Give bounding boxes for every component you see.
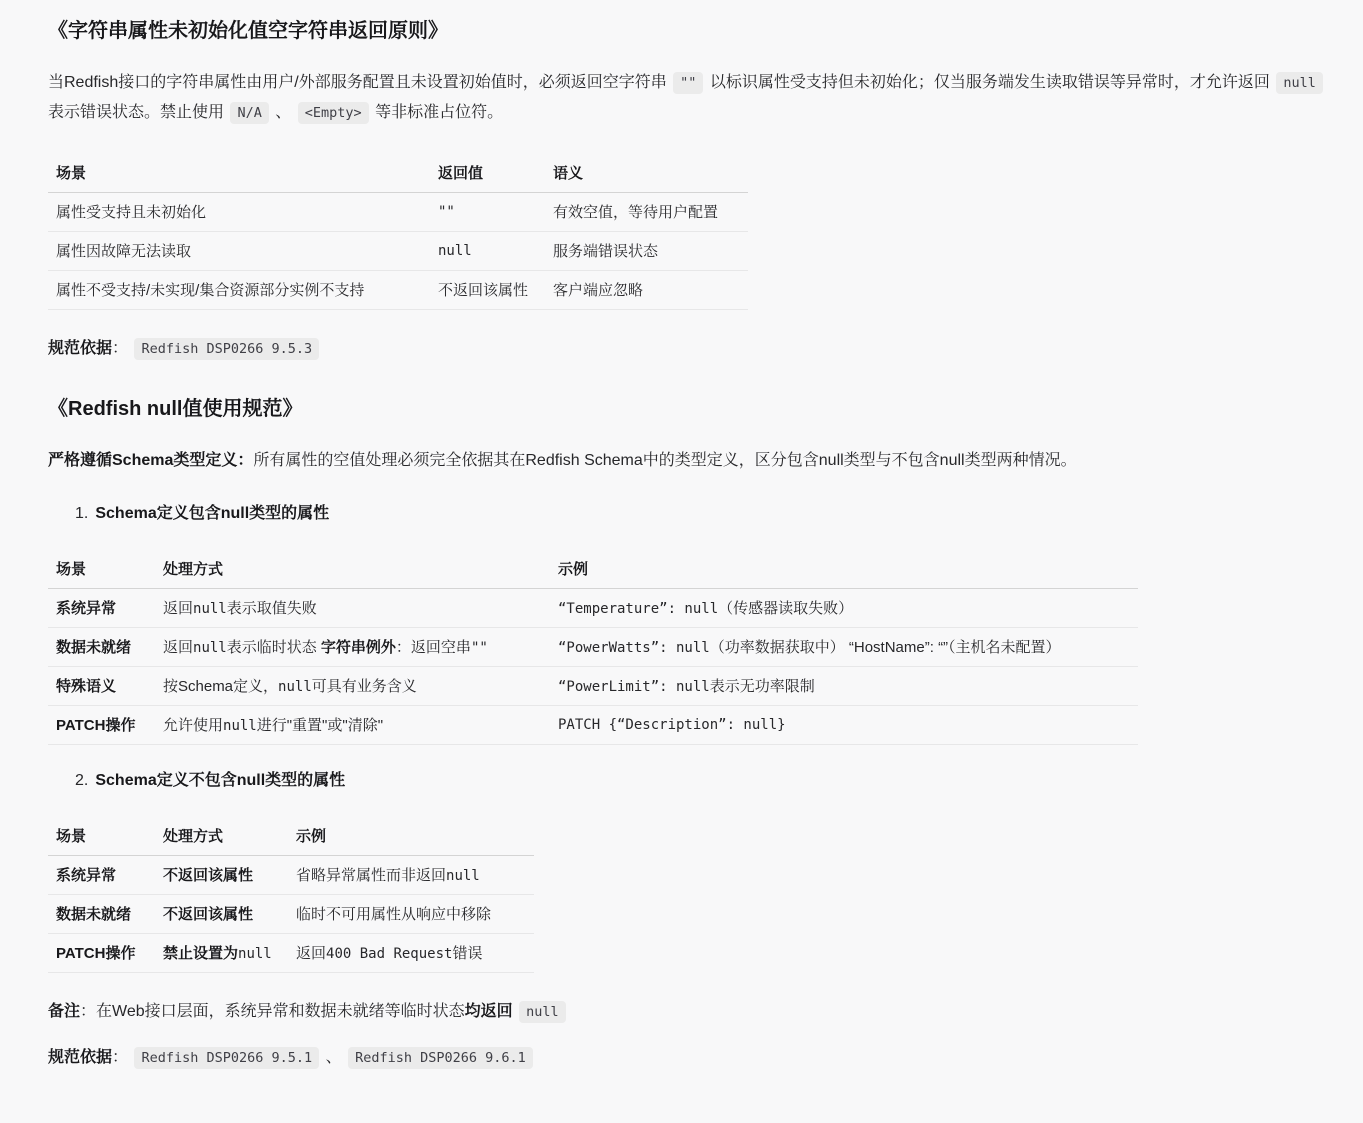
table-cell: 不返回该属性: [430, 271, 545, 310]
table-row: PATCH操作禁止设置为null返回400 Bad Request错误: [48, 934, 534, 973]
bold-text: 系统异常: [56, 867, 116, 884]
code-chip: Redfish DSP0266 9.6.1: [348, 1047, 533, 1069]
table-header-row: 场景处理方式示例: [48, 550, 1138, 589]
table-row: 系统异常不返回该属性省略异常属性而非返回null: [48, 856, 534, 895]
table-cell: 属性不受支持/未实现/集合资源部分实例不支持: [48, 271, 430, 310]
table-cell: 省略异常属性而非返回null: [288, 856, 534, 895]
text-run: 可具有业务含义: [312, 678, 417, 695]
bold-text: 数据未就绪: [56, 906, 131, 923]
table-cell: 有效空值，等待用户配置: [545, 193, 748, 232]
table-row: 特殊语义按Schema定义，null可具有业务含义“PowerLimit”: n…: [48, 667, 1138, 706]
note-line: 备注：在Web接口层面，系统异常和数据未就绪等临时状态均返回 null: [48, 997, 1339, 1027]
list-label: Schema定义包含null类型的属性: [95, 505, 329, 522]
code-text: null: [278, 679, 312, 695]
text-run: ：: [112, 1049, 132, 1066]
column-header: 示例: [288, 817, 534, 856]
table-cell: 按Schema定义，null可具有业务含义: [155, 667, 550, 706]
text-run: （传感器读取失败）: [718, 600, 853, 617]
table-row: PATCH操作允许使用null进行"重置"或"清除"PATCH {“Descri…: [48, 706, 1138, 745]
text-run: 属性不受支持/未实现/集合资源部分实例不支持: [56, 282, 364, 299]
null-not-allowed-table: 场景处理方式示例系统异常不返回该属性省略异常属性而非返回null数据未就绪不返回…: [48, 817, 534, 973]
doc1-basis-line: 规范依据： Redfish DSP0266 9.5.3: [48, 334, 1339, 364]
table-cell: 返回400 Bad Request错误: [288, 934, 534, 973]
table-row: 属性受支持且未初始化""有效空值，等待用户配置: [48, 193, 748, 232]
text-run: （功率数据获取中） “HostName”: “”（主机名未配置）: [710, 639, 1061, 656]
code-text: null: [223, 718, 257, 734]
table-cell: PATCH {“Description”: null}: [550, 706, 1138, 745]
string-uninitialized-table: 场景返回值语义属性受支持且未初始化""有效空值，等待用户配置属性因故障无法读取n…: [48, 154, 748, 310]
text-run: 省略异常属性而非返回: [296, 867, 446, 884]
bold-text: 规范依据: [48, 1049, 112, 1066]
text-run: 、: [271, 104, 296, 121]
code-chip: <Empty>: [298, 102, 369, 124]
text-run: 客户端应忽略: [553, 282, 643, 299]
bold-text: 特殊语义: [56, 678, 116, 695]
table-cell: 不返回该属性: [155, 895, 288, 934]
table-cell: 特殊语义: [48, 667, 155, 706]
table-row: 属性因故障无法读取null服务端错误状态: [48, 232, 748, 271]
table-row: 属性不受支持/未实现/集合资源部分实例不支持不返回该属性客户端应忽略: [48, 271, 748, 310]
doc1-title: 《字符串属性未初始化值空字符串返回原则》: [48, 16, 1339, 46]
bold-text: 系统异常: [56, 600, 116, 617]
table-cell: null: [430, 232, 545, 271]
text-run: 允许使用: [163, 717, 223, 734]
doc2-intro-paragraph: 严格遵循Schema类型定义：所有属性的空值处理必须完全依据其在Redfish …: [48, 446, 1339, 476]
table-header-row: 场景返回值语义: [48, 154, 748, 193]
code-chip: N/A: [230, 102, 268, 124]
text-run: 属性受支持且未初始化: [56, 204, 206, 221]
bold-text: 字符串例外: [321, 639, 396, 656]
text-run: ：在Web接口层面，系统异常和数据未就绪等临时状态: [80, 1003, 465, 1020]
text-run: 等非标准占位符。: [371, 104, 503, 121]
code-chip: null: [1276, 72, 1323, 94]
list-item-null-not-allowed: 2.Schema定义不包含null类型的属性: [48, 769, 1339, 793]
table-cell: 系统异常: [48, 856, 155, 895]
code-chip: null: [519, 1001, 566, 1023]
text-run: 有效空值，等待用户配置: [553, 204, 718, 221]
bold-text: 严格遵循Schema类型定义：: [48, 452, 253, 469]
text-run: 属性因故障无法读取: [56, 243, 191, 260]
table-cell: 属性因故障无法读取: [48, 232, 430, 271]
text-run: 进行"重置"或"清除": [257, 717, 383, 734]
text-run: 所有属性的空值处理必须完全依据其在Redfish Schema中的类型定义，区分…: [253, 452, 1076, 469]
text-run: 按Schema定义，: [163, 678, 278, 695]
text-run: 表示临时状态: [227, 639, 321, 656]
column-header: 语义: [545, 154, 748, 193]
doc1-intro-paragraph: 当Redfish接口的字符串属性由用户/外部服务配置且未设置初始值时，必须返回空…: [48, 68, 1339, 128]
table-cell: 系统异常: [48, 589, 155, 628]
text-run: 表示无功率限制: [710, 678, 815, 695]
text-run: 服务端错误状态: [553, 243, 658, 260]
column-header: 场景: [48, 817, 155, 856]
text-run: 不返回该属性: [438, 282, 528, 299]
list-number: 2.: [75, 772, 88, 789]
text-run: 表示取值失败: [227, 600, 317, 617]
table-row: 系统异常返回null表示取值失败“Temperature”: null（传感器读…: [48, 589, 1138, 628]
code-text: “Temperature”: null: [558, 601, 718, 617]
table-cell: 客户端应忽略: [545, 271, 748, 310]
table-cell: "": [430, 193, 545, 232]
code-text: null: [446, 868, 480, 884]
text-run: 、: [321, 1049, 346, 1066]
bold-text: 不返回该属性: [163, 867, 253, 884]
table-cell: 数据未就绪: [48, 628, 155, 667]
text-run: 返回: [163, 600, 193, 617]
code-text: null: [238, 946, 272, 962]
code-chip: "": [673, 72, 703, 94]
table-cell: 服务端错误状态: [545, 232, 748, 271]
table-row: 数据未就绪返回null表示临时状态 字符串例外：返回空串""“PowerWatt…: [48, 628, 1138, 667]
table-cell: “PowerLimit”: null表示无功率限制: [550, 667, 1138, 706]
doc2-basis-line: 规范依据： Redfish DSP0266 9.5.1 、 Redfish DS…: [48, 1043, 1339, 1073]
code-text: "": [438, 204, 455, 220]
text-run: [513, 1003, 517, 1020]
text-run: 表示错误状态。禁止使用: [48, 104, 228, 121]
document: 《字符串属性未初始化值空字符串返回原则》 当Redfish接口的字符串属性由用户…: [0, 0, 1363, 1123]
column-header: 场景: [48, 550, 155, 589]
text-run: ：返回空串: [396, 639, 471, 656]
table-cell: “PowerWatts”: null（功率数据获取中） “HostName”: …: [550, 628, 1138, 667]
text-run: 以标识属性受支持但未初始化；仅当服务端发生读取错误等异常时，才允许返回: [705, 74, 1274, 91]
code-text: “PowerLimit”: null: [558, 679, 710, 695]
column-header: 处理方式: [155, 817, 288, 856]
bold-text: 不返回该属性: [163, 906, 253, 923]
text-run: 错误: [452, 945, 482, 962]
text-run: 返回: [296, 945, 326, 962]
bold-text: PATCH操作: [56, 945, 135, 962]
list-number: 1.: [75, 505, 88, 522]
table-cell: PATCH操作: [48, 934, 155, 973]
table-cell: 允许使用null进行"重置"或"清除": [155, 706, 550, 745]
bold-text: 均返回: [465, 1003, 513, 1020]
text-run: 返回: [163, 639, 193, 656]
code-text: "": [471, 640, 488, 656]
table-cell: 属性受支持且未初始化: [48, 193, 430, 232]
bold-text: 备注: [48, 1003, 80, 1020]
list-item-null-allowed: 1.Schema定义包含null类型的属性: [48, 502, 1339, 526]
text-run: 临时不可用属性从响应中移除: [296, 906, 491, 923]
table-row: 数据未就绪不返回该属性临时不可用属性从响应中移除: [48, 895, 534, 934]
table-cell: PATCH操作: [48, 706, 155, 745]
column-header: 示例: [550, 550, 1138, 589]
table-cell: “Temperature”: null（传感器读取失败）: [550, 589, 1138, 628]
table-cell: 不返回该属性: [155, 856, 288, 895]
text-run: 当Redfish接口的字符串属性由用户/外部服务配置且未设置初始值时，必须返回空…: [48, 74, 671, 91]
column-header: 返回值: [430, 154, 545, 193]
table-cell: 禁止设置为null: [155, 934, 288, 973]
table-cell: 临时不可用属性从响应中移除: [288, 895, 534, 934]
code-chip: Redfish DSP0266 9.5.3: [134, 338, 319, 360]
null-allowed-table: 场景处理方式示例系统异常返回null表示取值失败“Temperature”: n…: [48, 550, 1138, 745]
code-text: null: [438, 243, 472, 259]
table-cell: 返回null表示临时状态 字符串例外：返回空串"": [155, 628, 550, 667]
list-label: Schema定义不包含null类型的属性: [95, 772, 345, 789]
table-cell: 返回null表示取值失败: [155, 589, 550, 628]
table-cell: 数据未就绪: [48, 895, 155, 934]
code-chip: Redfish DSP0266 9.5.1: [134, 1047, 319, 1069]
code-text: 400 Bad Request: [326, 946, 452, 962]
code-text: “PowerWatts”: null: [558, 640, 710, 656]
bold-text: 规范依据: [48, 340, 112, 357]
code-text: null: [193, 640, 227, 656]
code-text: null: [193, 601, 227, 617]
bold-text: 数据未就绪: [56, 639, 131, 656]
bold-text: PATCH操作: [56, 717, 135, 734]
text-run: ：: [112, 340, 132, 357]
doc2-title: 《Redfish null值使用规范》: [48, 394, 1339, 424]
table-header-row: 场景处理方式示例: [48, 817, 534, 856]
column-header: 场景: [48, 154, 430, 193]
bold-text: 禁止设置为: [163, 945, 238, 962]
column-header: 处理方式: [155, 550, 550, 589]
code-text: PATCH {“Description”: null}: [558, 717, 786, 733]
